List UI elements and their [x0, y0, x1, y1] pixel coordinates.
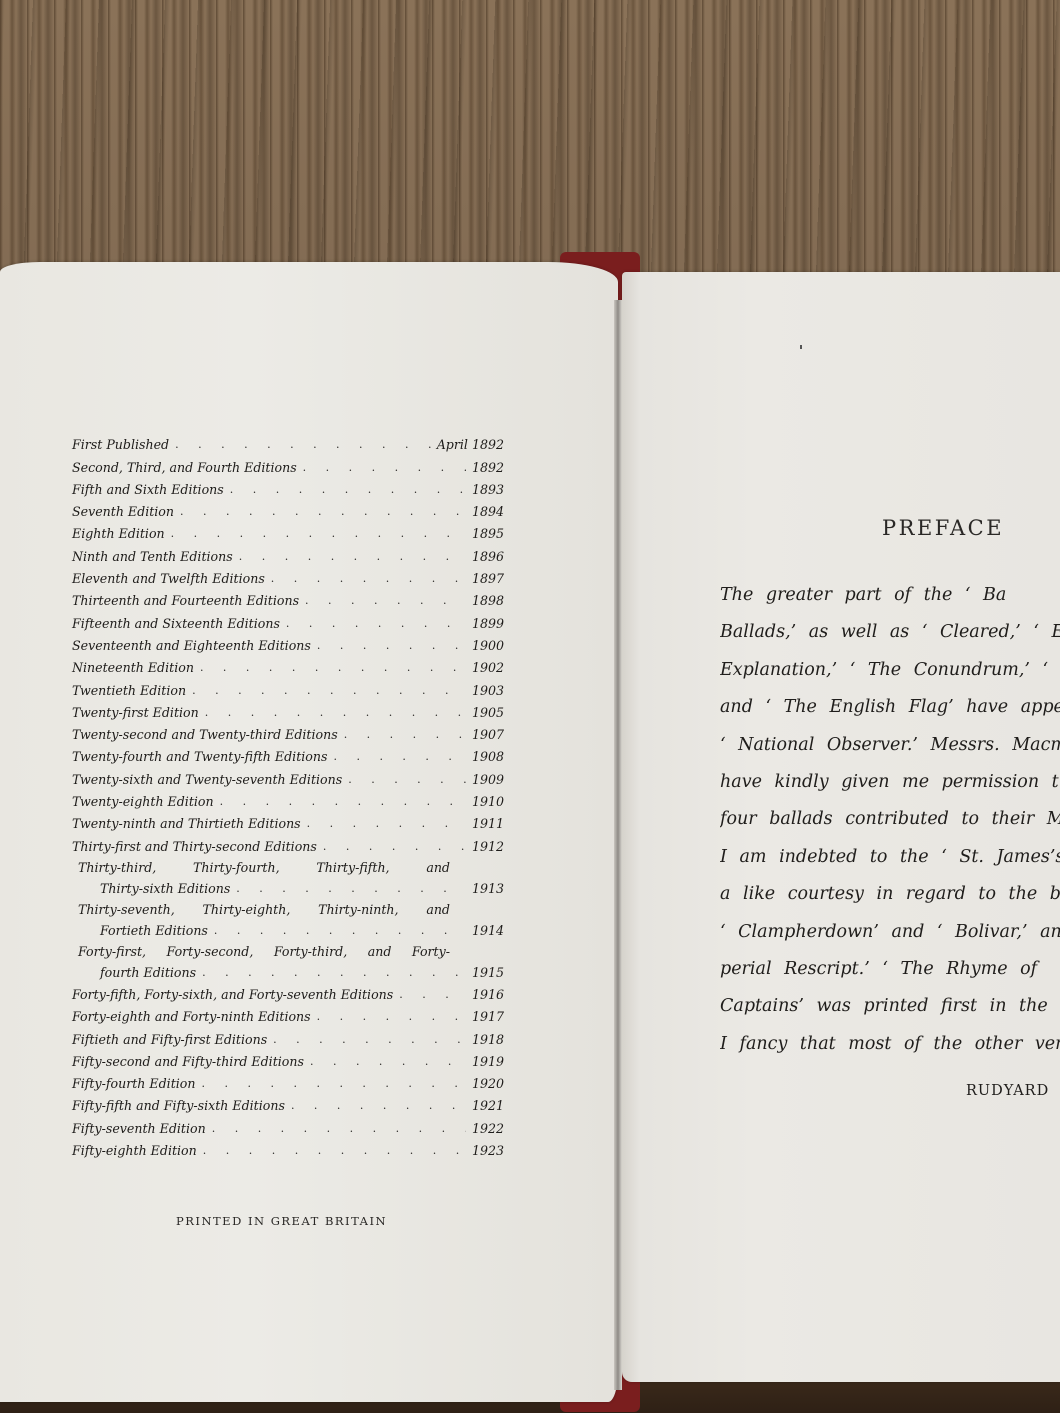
- history-row: Twenty-first Edition. . . . . . . . . . …: [72, 698, 504, 720]
- history-row: Fifty-eighth Edition. . . . . . . . . . …: [72, 1136, 504, 1158]
- history-row: Nineteenth Edition. . . . . . . . . . . …: [72, 653, 504, 675]
- history-row: Twenty-fourth and Twenty-fifth Editions.…: [72, 742, 504, 764]
- history-row: Thirteenth and Fourteenth Editions. . . …: [72, 586, 504, 608]
- printing-history: First Published. . . . . . . . . . . . .…: [72, 430, 504, 1158]
- preface-line: Explanation,’ ‘ The Conundrum,’ ‘: [720, 655, 1060, 692]
- history-row: Twenty-ninth and Thirtieth Editions. . .…: [72, 809, 504, 831]
- history-row: Fifty-second and Fifty-third Editions. .…: [72, 1047, 504, 1069]
- history-row: Fifty-seventh Edition. . . . . . . . . .…: [72, 1113, 504, 1135]
- history-row: Twenty-eighth Edition. . . . . . . . . .…: [72, 787, 504, 809]
- history-row: Eighth Edition. . . . . . . . . . . . . …: [72, 519, 504, 541]
- history-row-multiline: Thirty-third, Thirty-fourth, Thirty-fift…: [72, 854, 504, 896]
- history-row: First Published. . . . . . . . . . . . .…: [72, 430, 504, 452]
- history-row: Fiftieth and Fifty-first Editions. . . .…: [72, 1024, 504, 1046]
- history-row: Fifty-fourth Edition. . . . . . . . . . …: [72, 1069, 504, 1091]
- preface-line: and ‘ The English Flag’ have appe: [720, 692, 1060, 729]
- history-row-multiline: Forty-first, Forty-second, Forty-third, …: [72, 938, 504, 980]
- history-row: Thirty-first and Thirty-second Editions.…: [72, 831, 504, 853]
- book-gutter: [614, 300, 622, 1390]
- history-row: Fifty-fifth and Fifty-sixth Editions. . …: [72, 1091, 504, 1113]
- preface-title: PREFACE: [882, 516, 1004, 540]
- history-row: Fifth and Sixth Editions. . . . . . . . …: [72, 475, 504, 497]
- paper-speck: [800, 345, 802, 349]
- preface-line: Ballads,’ as well as ‘ Cleared,’ ‘ Ev: [720, 617, 1060, 654]
- author-signature: RUDYARD: [966, 1083, 1049, 1099]
- history-row: Twenty-second and Twenty-third Editions.…: [72, 720, 504, 742]
- history-row: Forty-eighth and Forty-ninth Editions. .…: [72, 1002, 504, 1024]
- preface-line: I fancy that most of the other verses: [720, 1029, 1060, 1066]
- preface-line: I am indebted to the ‘ St. James’s C: [720, 842, 1060, 879]
- printed-in-imprint: PRINTED IN GREAT BRITAIN: [176, 1214, 387, 1228]
- history-row: Fifteenth and Sixteenth Editions. . . . …: [72, 608, 504, 630]
- preface-line: The greater part of the ‘ Ba: [720, 580, 1060, 617]
- history-row: Seventh Edition. . . . . . . . . . . . .…: [72, 497, 504, 519]
- preface-line: Captains’ was printed first in the ‘: [720, 991, 1060, 1028]
- preface-line: a like courtesy in regard to the bal: [720, 879, 1060, 916]
- preface-line: perial Rescript.’ ‘ The Rhyme of: [720, 954, 1060, 991]
- history-row-multiline: Thirty-seventh, Thirty-eighth, Thirty-ni…: [72, 896, 504, 938]
- history-row: Ninth and Tenth Editions. . . . . . . . …: [72, 541, 504, 563]
- preface-line: have kindly given me permission t: [720, 767, 1060, 804]
- preface-line: four ballads contributed to their Ma: [720, 804, 1060, 841]
- preface-line: ‘ National Observer.’ Messrs. Macmi: [720, 730, 1060, 767]
- history-row: Forty-fifth, Forty-sixth, and Forty-seve…: [72, 980, 504, 1002]
- history-row: Eleventh and Twelfth Editions. . . . . .…: [72, 564, 504, 586]
- history-row: Second, Third, and Fourth Editions. . . …: [72, 452, 504, 474]
- preface-line: ‘ Clampherdown’ and ‘ Bolivar,’ an: [720, 917, 1060, 954]
- preface-body: The greater part of the ‘ Ba Ballads,’ a…: [720, 580, 1060, 1066]
- history-row: Twenty-sixth and Twenty-seventh Editions…: [72, 764, 504, 786]
- history-row: Seventeenth and Eighteenth Editions. . .…: [72, 631, 504, 653]
- history-row: Twentieth Edition. . . . . . . . . . . .…: [72, 675, 504, 697]
